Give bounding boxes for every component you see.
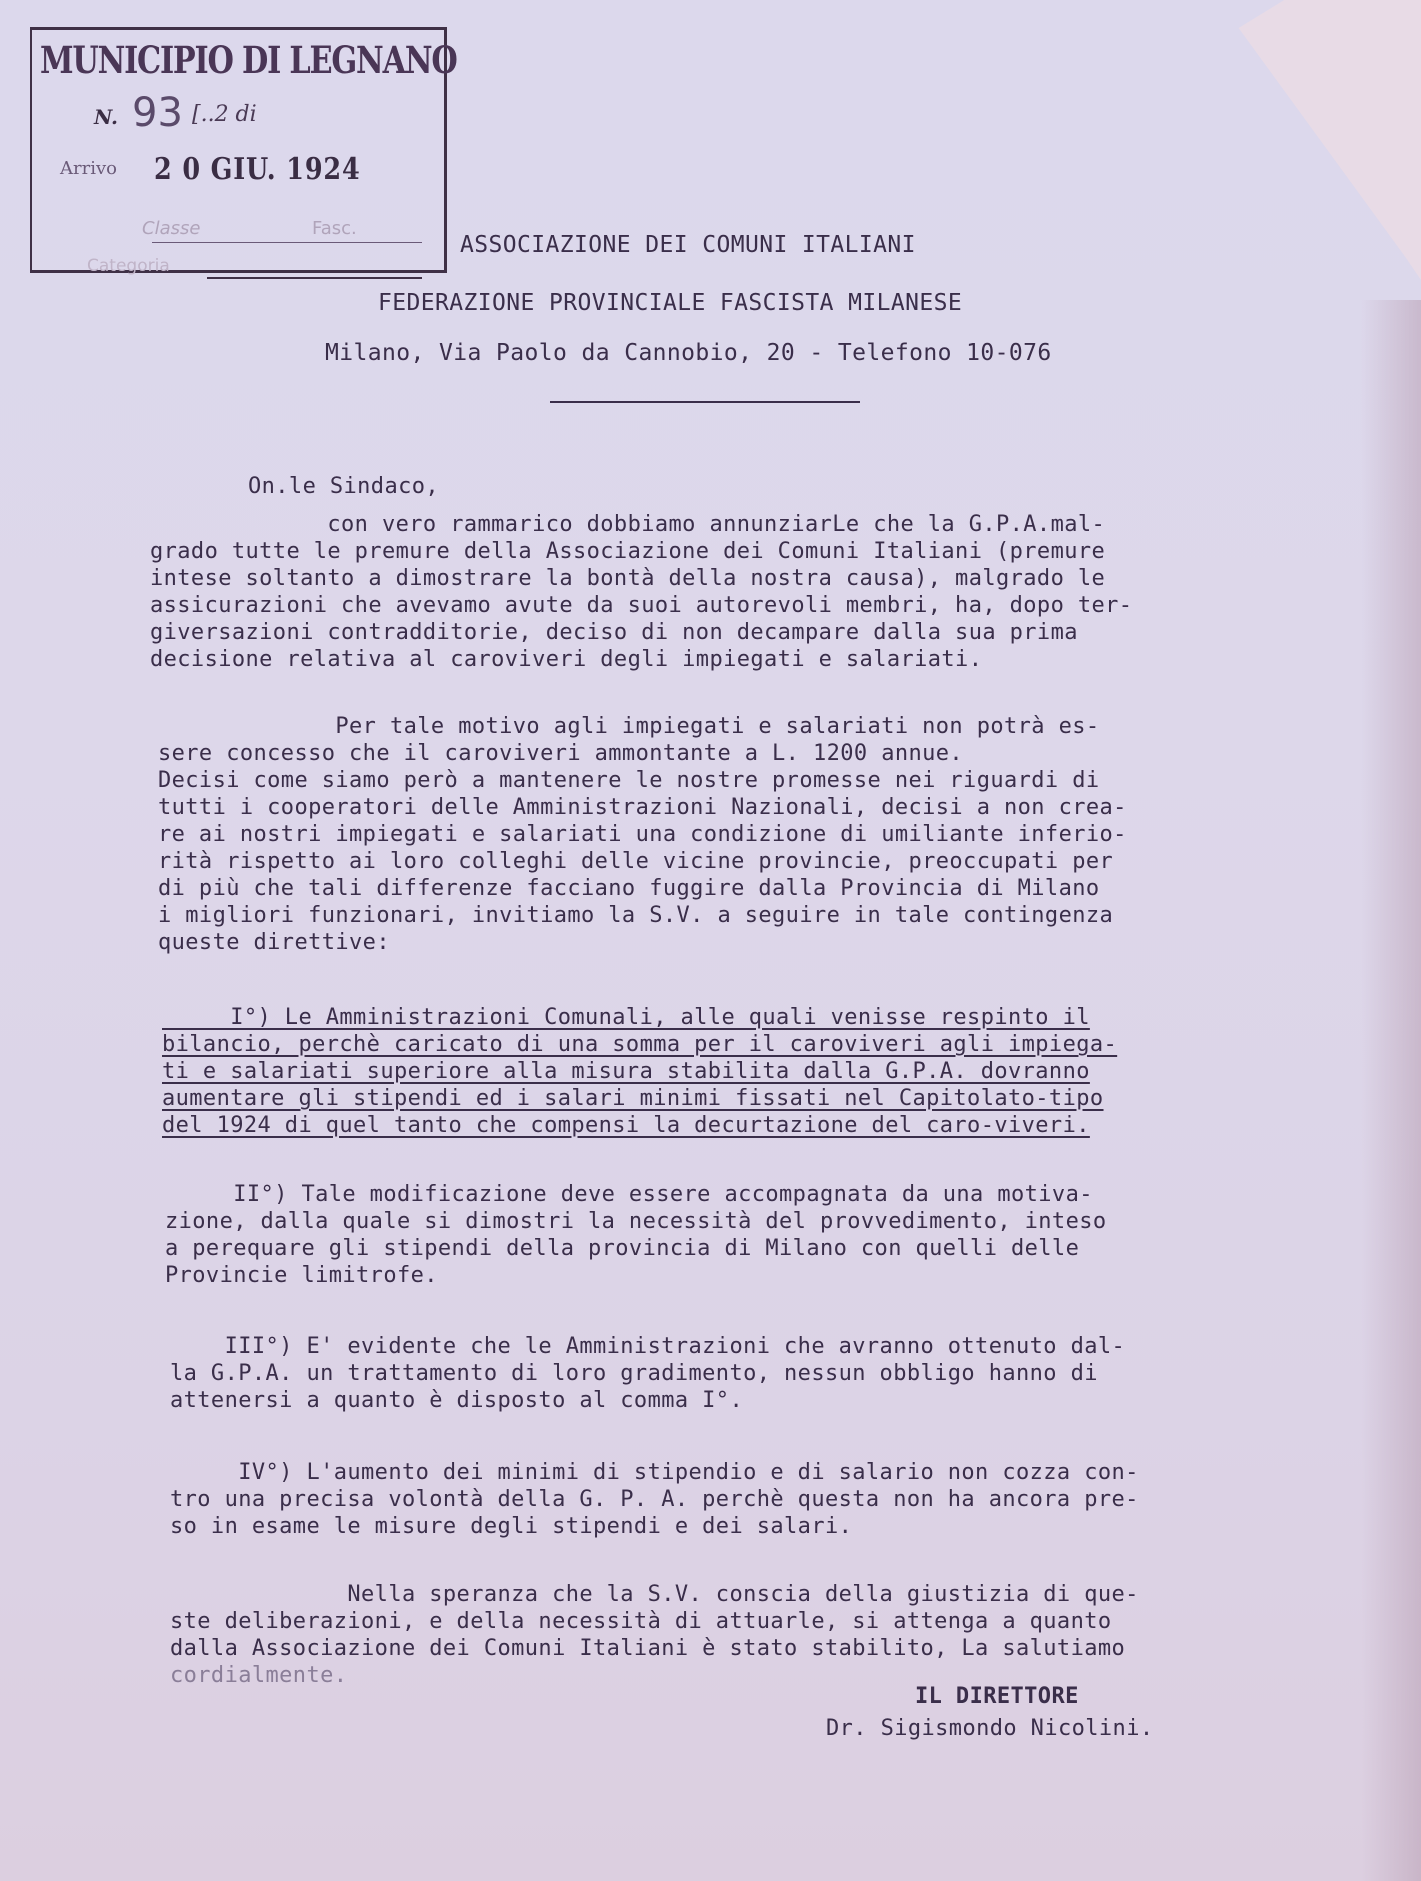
text-line: sere concesso che il caroviveri ammontan… [158,741,963,766]
text-line: Provincie limitrofe. [165,1263,438,1288]
text-line: Nella speranza che la S.V. conscia della… [170,1582,1139,1607]
text-line: assicurazioni che avevamo avute da suoi … [150,593,1132,618]
text-line: II°) Tale modificazione deve essere acco… [165,1182,1093,1207]
text-line: rità rispetto ai loro colleghi delle vic… [158,849,1113,874]
text-line: attenersi a quanto è disposto al comma I… [170,1388,743,1413]
stamp-categoria-label: Categoria [87,256,170,276]
stamp-divider [207,277,422,279]
text-line: Per tale motivo agli impiegati e salaria… [158,714,1100,739]
stamp-divider [152,242,422,243]
text-line: dalla Associazione dei Comuni Italiani è… [170,1636,1125,1661]
text-line: i migliori funzionari, invitiamo la S.V.… [158,903,1113,928]
stamp-arrivo-label: Arrivo [60,158,117,179]
stamp-date: 2 0 GIU. 1924 [154,152,361,187]
text-line: giversazioni contradditorie, deciso di n… [150,620,1078,645]
protocol-stamp: MUNICIPIO DI LEGNANO N. 93 [..2 di Arriv… [30,27,447,273]
letterhead-federation: FEDERAZIONE PROVINCIALE FASCISTA MILANES… [378,290,962,316]
text-line: a perequare gli stipendi della provincia… [165,1236,1079,1261]
text-line: ti e salariati superiore alla misura sta… [162,1059,1090,1084]
text-line: ste deliberazioni, e della necessità di … [170,1609,1112,1634]
text-line: del 1924 di quel tanto che compensi la d… [162,1113,1090,1138]
signature-title: IL DIRETTORE [915,1684,1079,1709]
text-line: re ai nostri impiegati e salariati una c… [158,822,1127,847]
text-line: bilancio, perchè caricato di una somma p… [162,1032,1117,1057]
stamp-classe-label: Classe [142,218,200,239]
signature-name: Dr. Sigismondo Nicolini. [826,1716,1153,1741]
text-line: IV°) L'aumento dei minimi di stipendio e… [170,1460,1139,1485]
letterhead-address: Milano, Via Paolo da Cannobio, 20 - Tele… [325,340,1052,366]
text-line: aumentare gli stipendi ed i salari minim… [162,1086,1104,1111]
text-line: tutti i cooperatori delle Amministrazion… [158,795,1127,820]
text-line: decisione relativa al caroviveri degli i… [150,647,982,672]
text-line: III°) E' evidente che le Amministrazioni… [170,1334,1125,1359]
text-line: la G.P.A. un trattamento di loro gradime… [170,1361,1098,1386]
text-line: cordialmente. [170,1663,347,1688]
salutation: On.le Sindaco, [248,474,439,499]
text-line: so in esame le misure degli stipendi e d… [170,1514,852,1539]
text-line: tro una precisa volontà della G. P. A. p… [170,1487,1139,1512]
stamp-municipality: MUNICIPIO DI LEGNANO [40,38,457,82]
stamp-number-suffix: [..2 di [192,102,257,127]
text-line: con vero rammarico dobbiamo annunziarLe … [150,512,1105,537]
text-line: di più che tali differenze facciano fugg… [158,876,1100,901]
text-line: intese soltanto a dimostrare la bontà de… [150,566,1105,591]
stamp-protocol-number: 93 [132,90,183,136]
text-line: zione, dalla quale si dimostri la necess… [165,1209,1107,1234]
text-line: Decisi come siamo però a mantenere le no… [158,768,1100,793]
stamp-number-label: N. [94,105,118,129]
text-line: grado tutte le premure della Associazion… [150,539,1105,564]
stamp-fascicolo-label: Fasc. [312,218,357,239]
letterhead-association: ASSOCIAZIONE DEI COMUNI ITALIANI [460,232,916,258]
letterhead-rule [550,401,860,403]
text-line: queste direttive: [158,930,390,955]
page-edge-shadow [1361,300,1421,1881]
text-line: I°) Le Amministrazioni Comunali, alle qu… [162,1005,1090,1030]
